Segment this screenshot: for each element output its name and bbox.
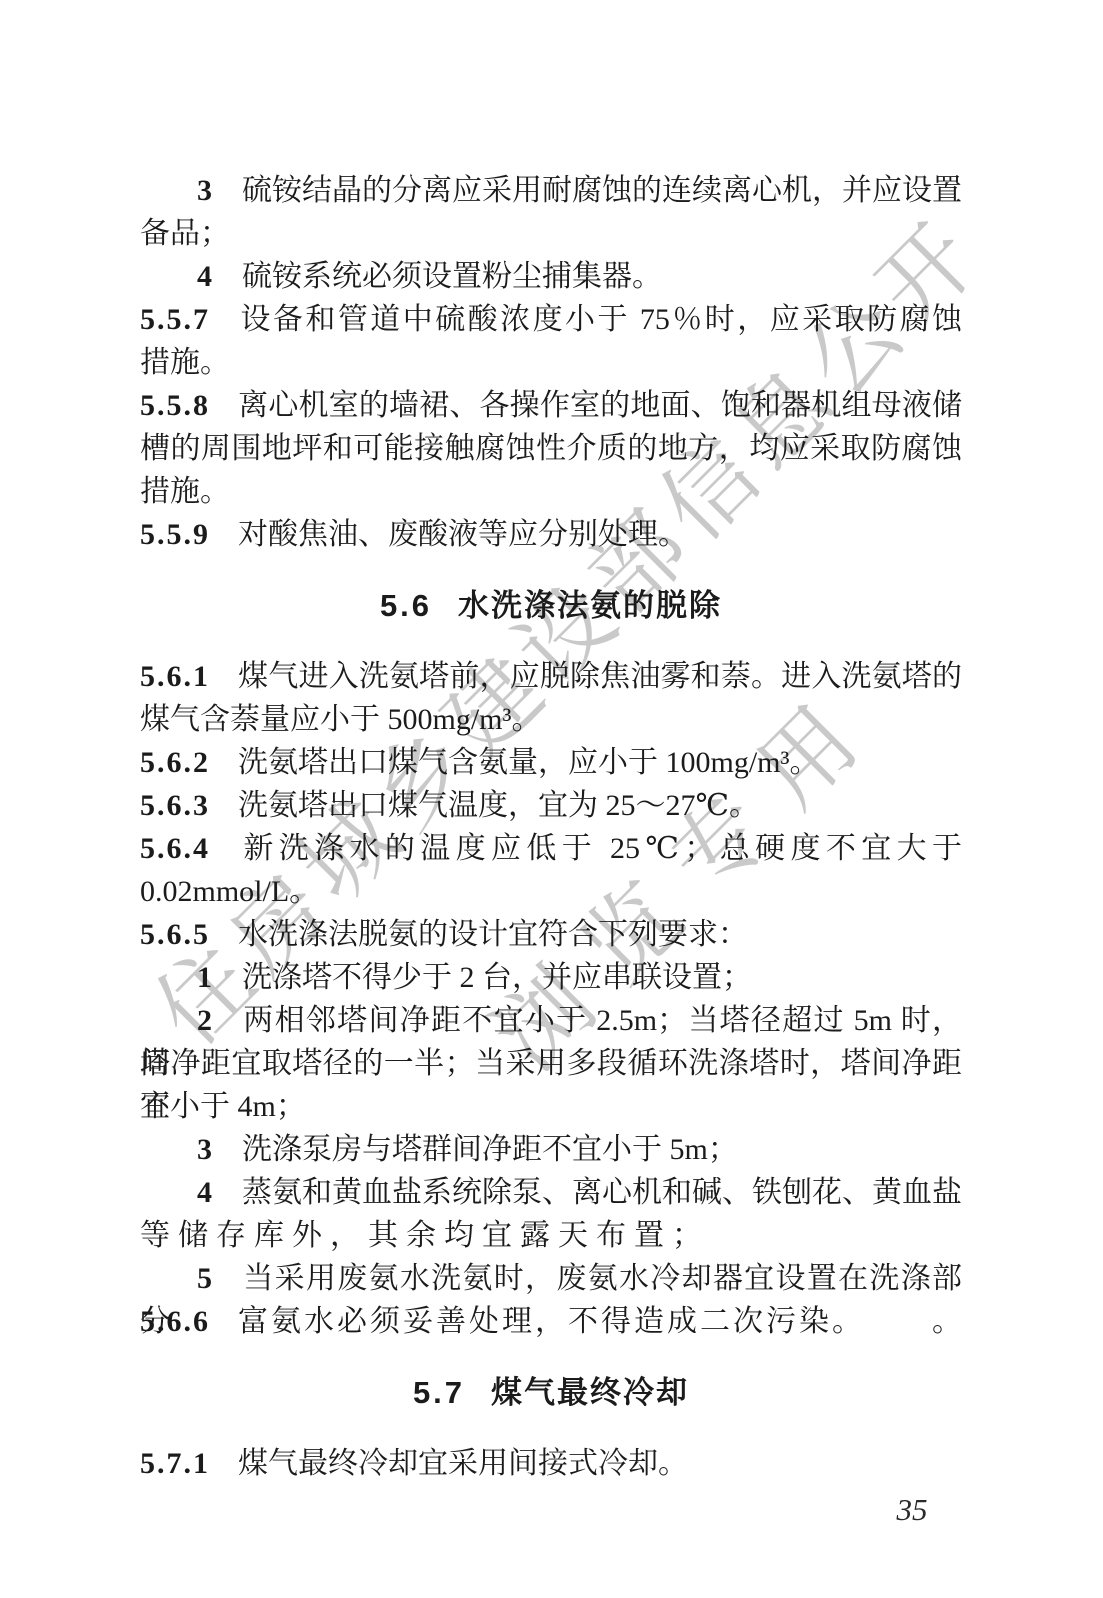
line-text: 措施。	[140, 346, 230, 379]
list-item-line: 2两相邻塔间净距不宜小于 2.5m；当塔径超过 5m 时，塔	[140, 999, 962, 1042]
list-item-line: 4蒸氨和黄血盐系统除泵、离心机和碱、铁刨花、黄血盐	[140, 1171, 962, 1214]
line-text: 等储存库外，其余均宜露天布置；	[140, 1219, 710, 1252]
item-number: 3	[197, 1133, 212, 1166]
clause-number: 5.5.7	[140, 303, 210, 336]
document-page: 住房城乡建设部信息公开 浏览专用 3硫铵结晶的分离应采用耐腐蚀的连续离心机，并应…	[0, 0, 1103, 1598]
line-text: 硫铵系统必须设置粉尘捕集器。	[242, 260, 662, 293]
clause-line: 5.6.2洗氨塔出口煤气含氨量，应小于 100mg/m³。	[140, 741, 962, 784]
clause-number: 5.6.6	[140, 1305, 210, 1338]
clause-number: 5.6.1	[140, 660, 210, 693]
clause-number: 5.6.3	[140, 789, 210, 822]
line-text: 水洗涤法脱氨的设计宜符合下列要求：	[238, 918, 748, 951]
continuation-line: 措施。	[140, 341, 962, 384]
line-text: 洗涤塔不得少于 2 台，并应串联设置；	[242, 961, 752, 994]
section-heading: 5.7煤气最终冷却	[140, 1371, 962, 1414]
clause-number: 5.5.8	[140, 389, 210, 422]
continuation-line: 等储存库外，其余均宜露天布置；	[140, 1214, 962, 1257]
clause-number: 5.7.1	[140, 1447, 210, 1480]
line-text: 煤气进入洗氨塔前，应脱除焦油雾和萘。进入洗氨塔的	[238, 660, 962, 693]
continuation-line: 槽的周围地坪和可能接触腐蚀性介质的地方，均应采取防腐蚀	[140, 427, 962, 470]
clause-line: 5.6.3洗氨塔出口煤气温度，宜为 25～27℃。	[140, 784, 962, 827]
line-text: 煤气最终冷却宜采用间接式冷却。	[238, 1447, 688, 1480]
item-number: 5	[197, 1262, 212, 1295]
item-number: 3	[197, 174, 212, 207]
line-text: 洗涤泵房与塔群间净距不宜小于 5m；	[242, 1133, 738, 1166]
line-text: 宜小于 4m；	[140, 1090, 306, 1123]
continuation-line: 宜小于 4m；	[140, 1085, 962, 1128]
heading-text: 煤气最终冷却	[491, 1375, 689, 1410]
line-text: 槽的周围地坪和可能接触腐蚀性介质的地方，均应采取防腐蚀	[140, 432, 962, 465]
clause-number: 5.5.9	[140, 518, 210, 551]
list-item-line: 4硫铵系统必须设置粉尘捕集器。	[140, 255, 962, 298]
item-number: 4	[197, 1176, 212, 1209]
item-number: 4	[197, 260, 212, 293]
clause-number: 5.6.2	[140, 746, 210, 779]
heading-number: 5.7	[413, 1375, 465, 1410]
clause-number: 5.6.4	[140, 832, 210, 865]
line-text: 对酸焦油、废酸液等应分别处理。	[238, 518, 688, 551]
line-text: 富氨水必须妥善处理，不得造成二次污染。	[238, 1305, 865, 1338]
line-text: 洗氨塔出口煤气含氨量，应小于 100mg/m³。	[238, 746, 820, 779]
item-number: 2	[197, 1004, 212, 1037]
list-item-line: 3洗涤泵房与塔群间净距不宜小于 5m；	[140, 1128, 962, 1171]
continuation-line: 备品；	[140, 212, 962, 255]
line-text: 措施。	[140, 475, 230, 508]
continuation-line: 煤气含萘量应小于 500mg/m³。	[140, 698, 962, 741]
clause-line: 5.6.5水洗涤法脱氨的设计宜符合下列要求：	[140, 913, 962, 956]
content-lines: 3硫铵结晶的分离应采用耐腐蚀的连续离心机，并应设置备品；4硫铵系统必须设置粉尘捕…	[140, 169, 962, 1485]
clause-line: 5.5.9对酸焦油、废酸液等应分别处理。	[140, 513, 962, 556]
line-text: 离心机室的墙裙、各操作室的地面、饱和器机组母液储	[238, 389, 962, 422]
list-item-line: 3硫铵结晶的分离应采用耐腐蚀的连续离心机，并应设置	[140, 169, 962, 212]
line-text: 硫铵结晶的分离应采用耐腐蚀的连续离心机，并应设置	[242, 174, 962, 207]
page-number: 35	[872, 1492, 952, 1528]
line-text: 设备和管道中硫酸浓度小于 75％时，应采取防腐蚀	[238, 303, 962, 336]
line-text: 新洗涤水的温度应低于 25℃；总硬度不宜大于	[238, 832, 962, 865]
clause-line: 5.5.8离心机室的墙裙、各操作室的地面、饱和器机组母液储	[140, 384, 962, 427]
continuation-line: 0.02mmol/L。	[140, 870, 962, 913]
clause-line: 5.6.4新洗涤水的温度应低于 25℃；总硬度不宜大于	[140, 827, 962, 870]
clause-line: 5.6.6富氨水必须妥善处理，不得造成二次污染。	[140, 1300, 962, 1343]
clause-number: 5.6.5	[140, 918, 210, 951]
heading-number: 5.6	[380, 588, 432, 623]
line-text: 备品；	[140, 217, 230, 250]
list-item-line: 1洗涤塔不得少于 2 台，并应串联设置；	[140, 956, 962, 999]
line-text: 蒸氨和黄血盐系统除泵、离心机和碱、铁刨花、黄血盐	[242, 1176, 962, 1209]
list-item-line: 5当采用废氨水洗氨时，废氨水冷却器宜设置在洗涤部分。	[140, 1257, 962, 1300]
heading-text: 水洗涤法氨的脱除	[458, 588, 722, 623]
line-text: 煤气含萘量应小于 500mg/m³。	[140, 703, 542, 736]
continuation-line: 间净距宜取塔径的一半；当采用多段循环洗涤塔时，塔间净距不	[140, 1042, 962, 1085]
clause-line: 5.7.1煤气最终冷却宜采用间接式冷却。	[140, 1442, 962, 1485]
line-text: 0.02mmol/L。	[140, 875, 319, 908]
item-number: 1	[197, 961, 212, 994]
continuation-line: 措施。	[140, 470, 962, 513]
clause-line: 5.6.1煤气进入洗氨塔前，应脱除焦油雾和萘。进入洗氨塔的	[140, 655, 962, 698]
line-text: 洗氨塔出口煤气温度，宜为 25～27℃。	[238, 789, 759, 822]
section-heading: 5.6水洗涤法氨的脱除	[140, 584, 962, 627]
clause-line: 5.5.7设备和管道中硫酸浓度小于 75％时，应采取防腐蚀	[140, 298, 962, 341]
